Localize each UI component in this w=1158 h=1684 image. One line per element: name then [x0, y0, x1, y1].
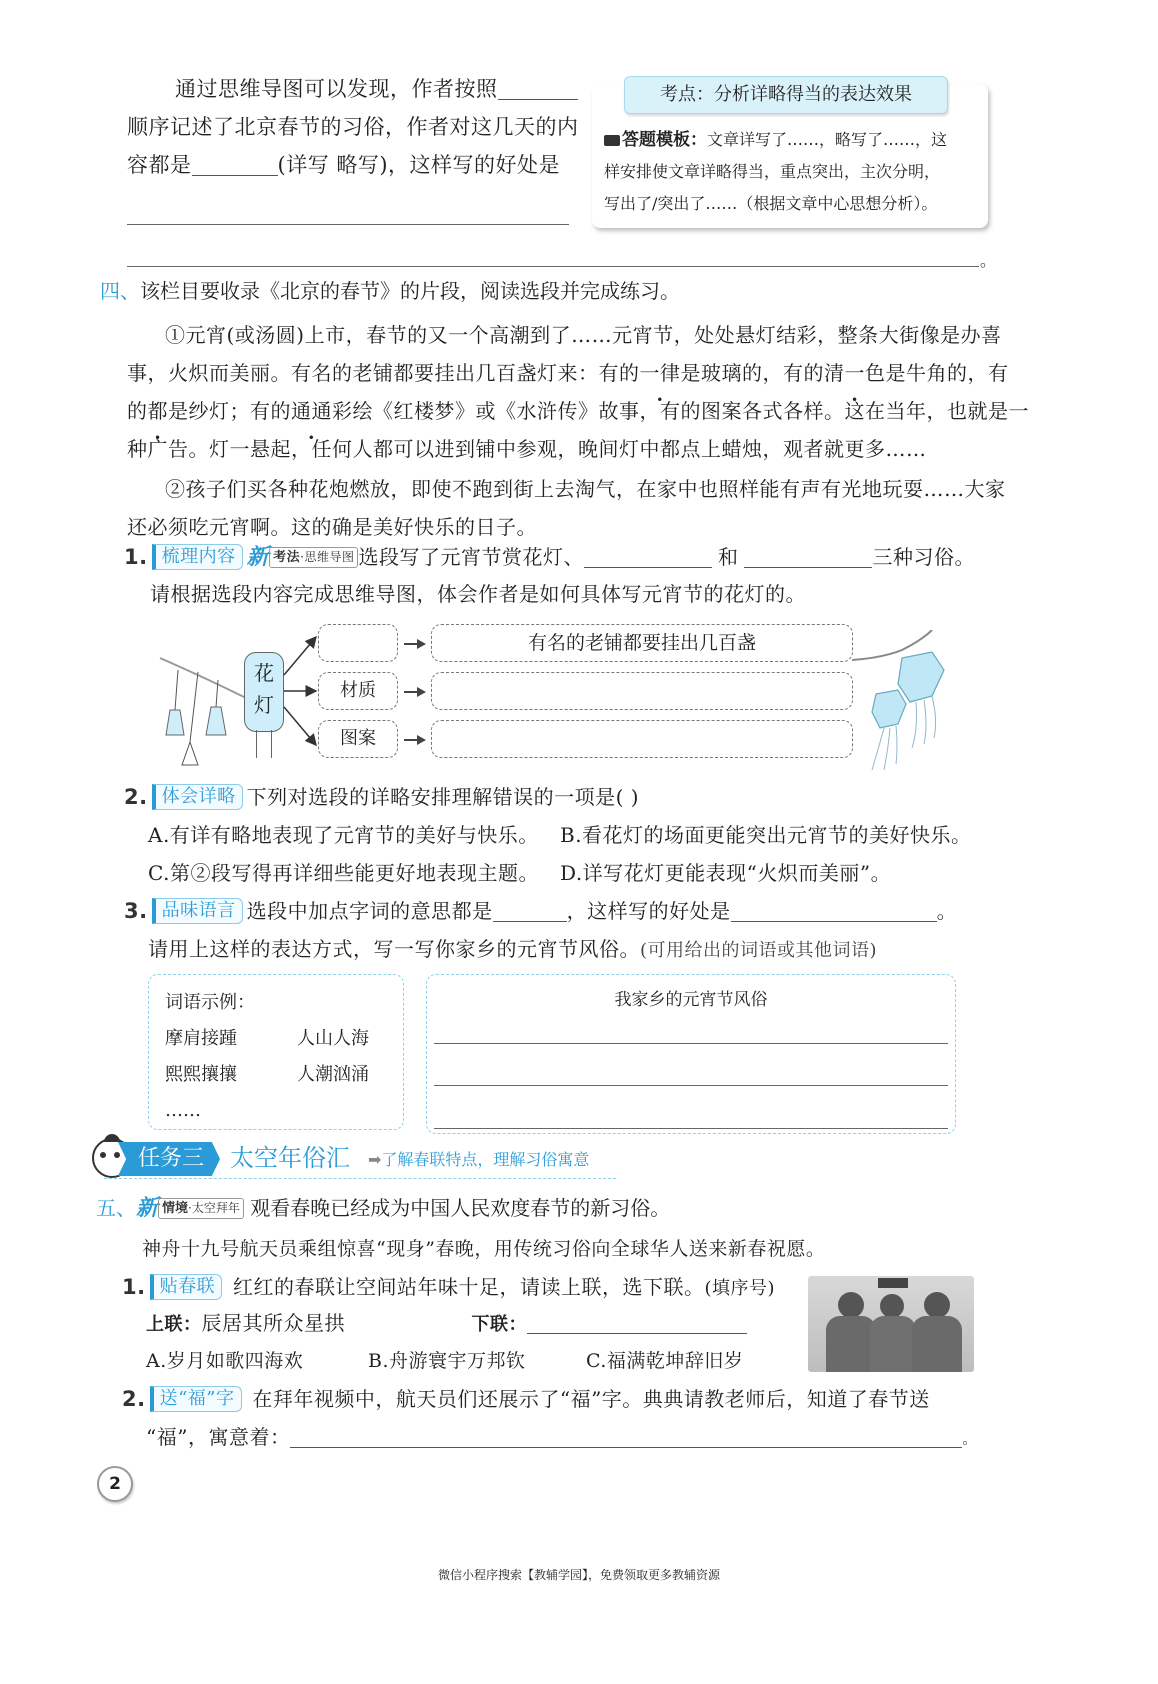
example-word: 摩肩接踵 [165, 1021, 297, 1057]
section-4-heading: 四、该栏目要收录《北京的春节》的片段，阅读选段并完成练习。 [100, 276, 680, 306]
dotted-word: 一律 [640, 361, 681, 385]
answer-blank-detail[interactable] [192, 153, 278, 176]
question-number: 2. [122, 1387, 146, 1411]
branch-arrows [282, 625, 322, 765]
upper-couplet-text: 辰居其所众星拱 [202, 1304, 472, 1342]
end-mark: 。 [937, 899, 958, 923]
astronauts-photo [808, 1276, 974, 1372]
template-text: 写出了/突出了……（根据文章中心思想分析）。 [604, 188, 988, 220]
template-text: 样安排使文章详略得当，重点突出，主次分明， [604, 156, 988, 188]
top-paragraph: 通过思维导图可以发现，作者按照 顺序记述了北京春节的习俗，作者对这几天的内 容都… [127, 70, 579, 184]
new-badge: 新 [136, 1196, 158, 1221]
option-a[interactable]: A.有详有略地表现了元宵节的美好与快乐。 [148, 816, 560, 854]
arrow-icon [404, 691, 424, 693]
option-c[interactable]: C.福满乾坤辞旧岁 [586, 1350, 743, 1372]
task-title: 太空年俗汇 [230, 1141, 350, 1175]
mindmap-label-box-3[interactable]: 图案 [318, 720, 398, 758]
lantern-char: 花 [245, 657, 283, 689]
option-b[interactable]: B.舟游寰宇万邦钦 [368, 1342, 586, 1380]
writing-line-2[interactable] [434, 1085, 948, 1086]
lower-couplet-blank[interactable] [527, 1311, 747, 1334]
question-text: 下列对选段的详略安排理解错误的一项是( ) [247, 785, 639, 809]
answer-blank-custom-2[interactable] [744, 545, 872, 568]
writing-box-title: 我家乡的元宵节风俗 [427, 985, 955, 1010]
arrow-right-icon: ➡ [368, 1150, 381, 1169]
passage-line: ①元宵(或汤圆)上市，春节的又一个高潮到了……元宵节，处处悬灯结彩，整条大街像是… [127, 316, 1029, 354]
question-text: 和 [718, 545, 739, 569]
page-number: 2 [97, 1466, 133, 1502]
question-4-1: 1.梳理内容新考法·思维导图选段写了元宵节赏花灯、和三种习俗。 [124, 538, 975, 576]
word-examples-box: 词语示例： 摩肩接踵人山人海 熙熙攘攘人潮汹涌 …… [148, 974, 404, 1130]
template-text: 文章详写了……，略写了……，这 [707, 130, 947, 149]
branch-label: 材质 [319, 673, 397, 709]
answer-blank-benefit[interactable] [731, 899, 937, 922]
question-5-1: 1.贴春联 红红的春联让空间站年味十足，请读上联，选下联。(填序号) [122, 1268, 775, 1308]
folder-icon [604, 135, 620, 146]
options-row-2: C.第②段写得再详细些能更好地表现主题。D.详写花灯更能表现“火炽而美丽”。 [148, 854, 891, 892]
option-d[interactable]: D.详写花灯更能表现“火炽而美丽”。 [560, 861, 891, 885]
task-badge: 任务三 [118, 1142, 220, 1176]
question-4-2: 2.体会详略下列对选段的详略安排理解错误的一项是( ) [124, 778, 639, 816]
method-tag: 考法·思维导图 [269, 547, 358, 568]
question-number: 2. [124, 785, 148, 809]
writing-line-3[interactable] [434, 1128, 948, 1129]
instruction-text: 请用上这样的表达方式，写一写你家乡的元宵节风俗。 [148, 937, 640, 961]
options-row-1: A.有详有略地表现了元宵节的美好与快乐。B.看花灯的场面更能突出元宵节的美好快乐… [148, 816, 972, 854]
task-badge-text: 任务三 [138, 1146, 204, 1171]
text: (详写 略写)，这样写的好处是 [278, 153, 561, 177]
template-label: 答题模板： [622, 130, 707, 150]
answer-blank-meaning-fu[interactable] [290, 1425, 962, 1448]
answer-blank-custom-1[interactable] [584, 545, 712, 568]
task-subtitle-text: 了解春联特点，理解习俗寓意 [381, 1150, 589, 1169]
option-c[interactable]: C.第②段写得再详细些能更好地表现主题。 [148, 854, 560, 892]
new-badge: 新 [247, 544, 270, 570]
question-text: 红红的春联让空间站年味十足，请读上联，选下联。 [233, 1275, 705, 1299]
upper-couplet-label: 上联： [146, 1314, 202, 1335]
hanging-lanterns-illustration [852, 630, 962, 780]
branch-label: 图案 [319, 721, 397, 757]
mindmap-label-box-1[interactable] [318, 624, 398, 662]
mindmap-content-box-1[interactable]: 有名的老铺都要挂出几百盏 [431, 624, 853, 662]
mindmap-content-box-2[interactable] [431, 672, 853, 710]
question-number: 1. [122, 1275, 146, 1299]
end-mark: 。 [962, 1432, 977, 1448]
text: 通过思维导图可以发现，作者按照 [175, 77, 498, 101]
answer-blank-order[interactable] [498, 77, 578, 100]
skill-tag: 品味语言 [152, 898, 243, 924]
dotted-word: 通通 [291, 399, 332, 423]
section-5-heading: 五、新情境·太空拜年 观看春晚已经成为中国人民欢度春节的新习俗。 [96, 1192, 670, 1225]
question-text: 选段写了元宵节赏花灯、 [358, 545, 584, 569]
lantern-tassel-icon [256, 730, 272, 758]
words-title: 词语示例： [165, 985, 369, 1021]
context-tag: 情境·太空拜年 [158, 1198, 244, 1219]
mindmap-label-box-2[interactable]: 材质 [318, 672, 398, 710]
section-title: 该栏目要收录《北京的春节》的片段，阅读选段并完成练习。 [140, 279, 680, 303]
example-word: 熙熙攘攘 [165, 1057, 297, 1093]
end-mark: 。 [980, 248, 996, 271]
question-text: “福”，寓意着： [146, 1425, 290, 1449]
arrow-icon [404, 739, 424, 741]
exam-point-title: 考点：分析详略得当的表达效果 [624, 76, 948, 114]
question-4-3: 3.品味语言选段中加点字词的意思都是，这样写的好处是。 [124, 892, 957, 930]
answer-template: 答题模板：文章详写了……，略写了……，这 样安排使文章详略得当，重点突出，主次分… [604, 124, 988, 220]
example-word: 人潮汹涌 [297, 1064, 369, 1085]
section-5-intro: 神舟十九号航天员乘组惊喜“现身”春晚，用传统习俗向全球华人送来新春祝愿。 [142, 1230, 825, 1268]
question-5-2: 2.送“福”字 在拜年视频中，航天员们还展示了“福”字。典典请教老师后，知道了春… [122, 1380, 930, 1418]
skill-tag: 送“福”字 [150, 1386, 242, 1412]
example-word: 人山人海 [297, 1028, 369, 1049]
lantern-char: 灯 [245, 689, 283, 721]
skill-tag: 梳理内容 [152, 544, 243, 570]
section-number: 五、 [96, 1196, 136, 1220]
dotted-word: 清一色 [824, 361, 886, 385]
more-words: …… [165, 1093, 369, 1129]
exam-point-title-text: 考点：分析详略得当的表达效果 [660, 84, 912, 105]
question-note: (填序号) [704, 1278, 775, 1299]
footer-note: 微信小程序搜索【教辅学园】，免费领取更多教辅资源 [0, 1566, 1158, 1583]
question-number: 1. [124, 545, 148, 569]
dotted-word: 都 [148, 399, 169, 423]
couplet-options: A.岁月如歌四海欢B.舟游寰宇万邦钦C.福满乾坤辞旧岁 [146, 1342, 743, 1380]
instruction-note: (可用给出的词语或其他词语) [640, 940, 877, 961]
question-text: 三种习俗。 [872, 545, 975, 569]
lantern-center-node: 花 灯 [244, 652, 284, 732]
section-title: 观看春晚已经成为中国人民欢度春节的新习俗。 [250, 1196, 670, 1220]
writing-line-1[interactable] [434, 1043, 948, 1044]
question-4-1-instruction: 请根据选段内容完成思维导图，体会作者是如何具体写元宵节的花灯的。 [150, 575, 806, 613]
couplet-row: 上联：辰居其所众星拱下联： [146, 1304, 747, 1344]
writing-box: 我家乡的元宵节风俗 [426, 974, 956, 1134]
question-4-3-instruction: 请用上这样的表达方式，写一写你家乡的元宵节风俗。(可用给出的词语或其他词语) [148, 930, 877, 970]
skill-tag: 贴春联 [150, 1274, 223, 1300]
passage-line: ②孩子们买各种花炮燃放，即使不跑到街上去淘气，在家中也照样能有声有光地玩耍……大… [127, 470, 1029, 508]
passage-line: 的都是纱灯；有的通通彩绘《红楼梦》或《水浒传》故事，有的图案各式各样。这在当年，… [127, 392, 1029, 430]
task-underline [104, 1178, 616, 1179]
answer-line-benefit-1[interactable] [127, 224, 569, 225]
option-b[interactable]: B.看花灯的场面更能突出元宵节的美好快乐。 [560, 823, 972, 847]
question-5-2-line2: “福”，寓意着：。 [146, 1418, 977, 1459]
reading-passage: ①元宵(或汤圆)上市，春节的又一个高潮到了……元宵节，处处悬灯结彩，整条大街像是… [127, 316, 1029, 546]
arrow-icon [404, 643, 424, 645]
answer-line-benefit-2[interactable] [127, 266, 979, 267]
passage-line: 事，火炽而美丽。有名的老铺都要挂出几百盏灯来：有的一律是玻璃的，有的清一色是牛角… [127, 354, 1029, 392]
question-text: ，这样写的好处是 [567, 899, 731, 923]
page-number-text: 2 [109, 1474, 121, 1494]
skill-tag: 体会详略 [152, 784, 243, 810]
answer-blank-meaning[interactable] [493, 899, 567, 922]
question-text: 在拜年视频中，航天员们还展示了“福”字。典典请教老师后，知道了春节送 [252, 1387, 929, 1411]
question-number: 3. [124, 899, 148, 923]
section-number: 四、 [100, 279, 140, 303]
mindmap-content-box-3[interactable] [431, 720, 853, 758]
text: 容都是 [127, 153, 192, 177]
passage-line: 种广告。灯一悬起，任何人都可以进到铺中参观，晚间灯中都点上蜡烛，观者就更多…… [127, 430, 1029, 468]
task-subtitle: ➡了解春联特点，理解习俗寓意 [368, 1146, 589, 1174]
question-text: 选段中加点字词的意思都是 [247, 899, 493, 923]
text: 顺序记述了北京春节的习俗，作者对这几天的内 [127, 108, 579, 146]
branch-content: 有名的老铺都要挂出几百盏 [432, 625, 852, 661]
lower-couplet-label: 下联： [472, 1314, 528, 1335]
option-a[interactable]: A.岁月如歌四海欢 [146, 1342, 368, 1380]
